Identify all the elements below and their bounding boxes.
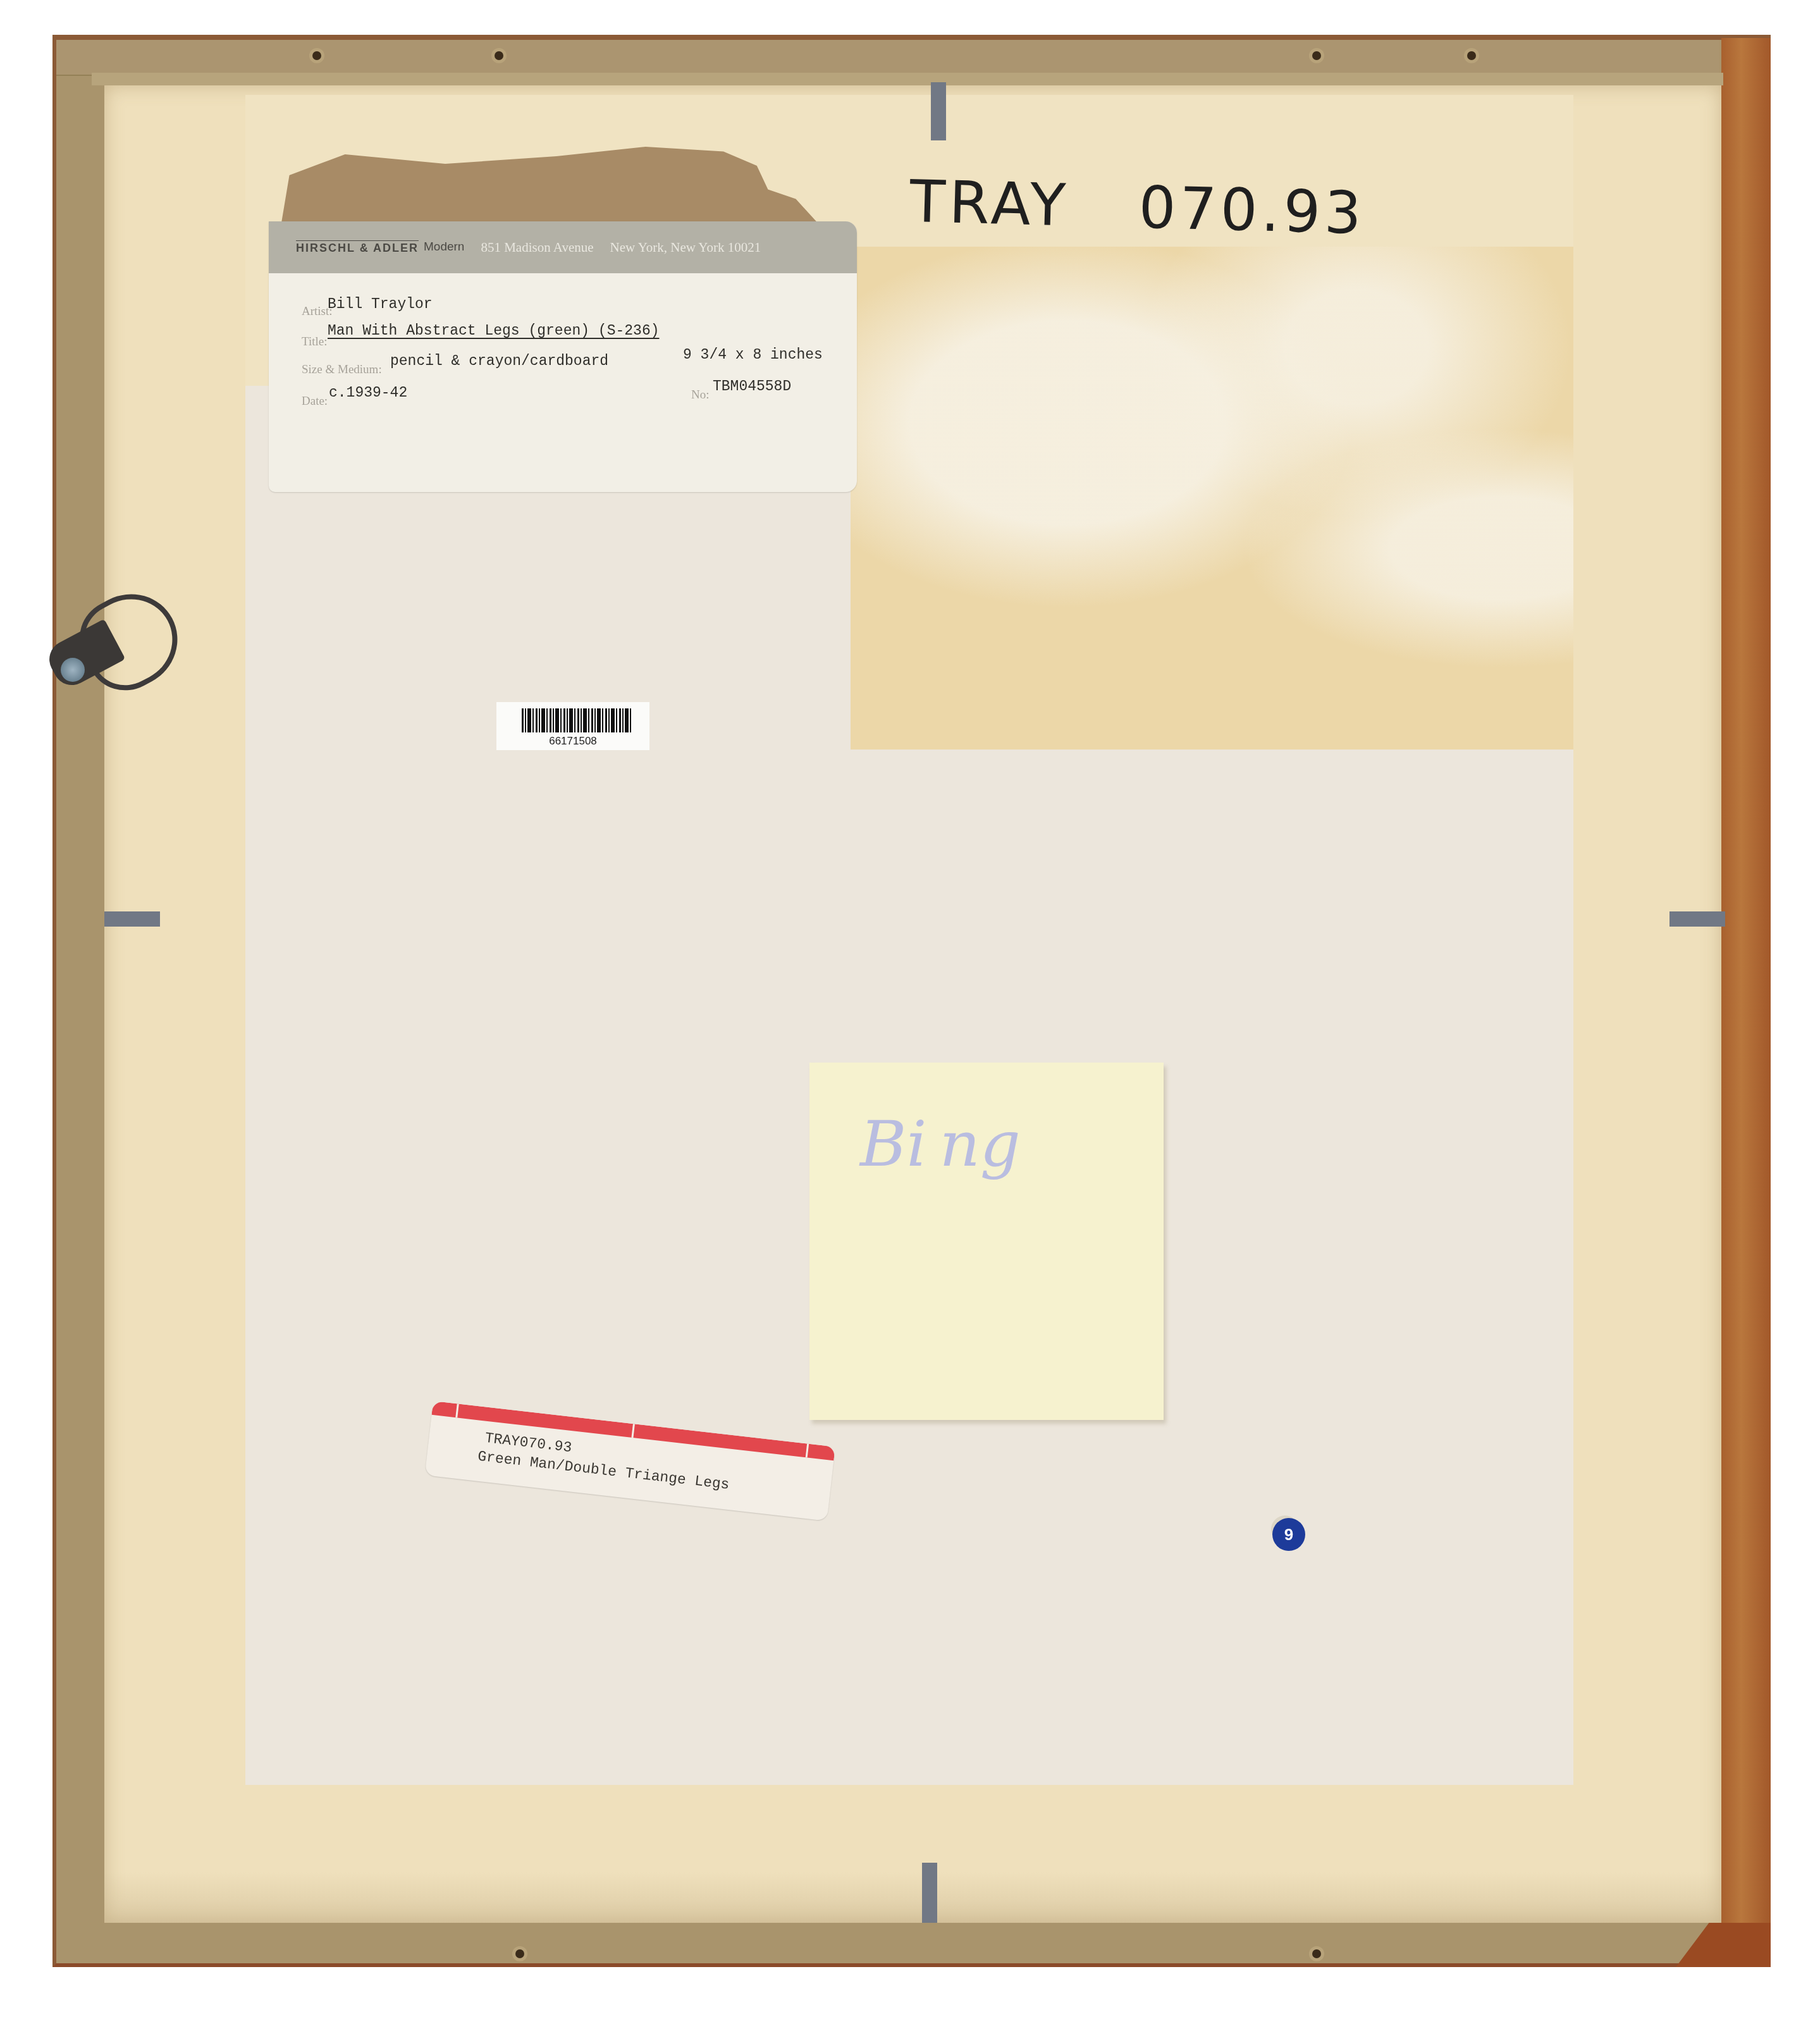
backing-bottom-shadow [104, 1872, 1721, 1923]
size-medium-label: Size & Medium: [302, 363, 382, 377]
screw-hole-icon [1312, 1949, 1321, 1958]
size-value: 9 3/4 x 8 inches [683, 347, 823, 363]
handwritten-inventory-code: TRAY070.93 [909, 168, 1366, 247]
screw-hole-icon [515, 1949, 524, 1958]
barcode-sticker: 66171508 [496, 702, 649, 750]
frame-clip-left [104, 911, 160, 927]
barcode-icon [522, 708, 632, 732]
frame-inner-lip [92, 73, 1723, 85]
frame-clip-right [1669, 911, 1725, 927]
gallery-name: HIRSCHL & ADLER [296, 240, 419, 255]
handwritten-number: 070.93 [1138, 173, 1366, 247]
blue-dot-number: 9 [1284, 1525, 1293, 1545]
gallery-label-header: HIRSCHL & ADLER Modern 851 Madison Avenu… [269, 221, 857, 273]
date-value: c.1939-42 [329, 385, 407, 401]
number-label: No: [691, 388, 710, 402]
sticky-note-handwriting: Bi ng [860, 1107, 1021, 1181]
frame-wood-edge-right [1721, 38, 1771, 1967]
screw-hole-icon [495, 51, 503, 60]
title-value: Man With Abstract Legs (green) (S-236) [328, 323, 660, 339]
water-stain-area [851, 247, 1573, 750]
medium-value: pencil & crayon/cardboard [390, 353, 608, 369]
sticky-note: Bi ng [809, 1063, 1164, 1420]
frame-clip-bottom [922, 1863, 937, 1923]
title-label: Title: [302, 335, 328, 349]
number-value: TBM04558D [713, 378, 791, 395]
screw-hole-icon [312, 51, 321, 60]
gallery-division: Modern [424, 240, 464, 254]
artist-value: Bill Traylor [328, 296, 433, 312]
date-label: Date: [302, 395, 328, 409]
gallery-city: New York, New York 10021 [610, 240, 761, 256]
blue-dot-sticker: 9 [1272, 1518, 1305, 1551]
handwritten-prefix: TRAY [909, 168, 1070, 240]
frame-clip-top [931, 82, 946, 140]
barcode-number: 66171508 [496, 735, 649, 748]
screw-hole-icon [1467, 51, 1476, 60]
gallery-label-card: HIRSCHL & ADLER Modern 851 Madison Avenu… [269, 221, 857, 492]
gallery-address: 851 Madison Avenue [481, 240, 593, 256]
screw-icon [61, 658, 85, 682]
screw-hole-icon [1312, 51, 1321, 60]
